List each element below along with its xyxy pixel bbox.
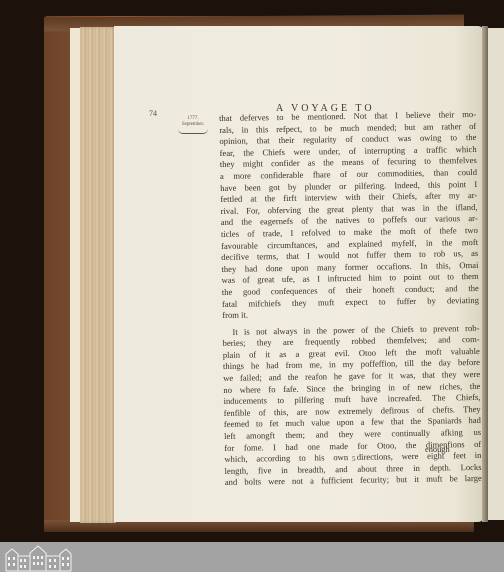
page-number: 74	[149, 109, 157, 118]
margin-note: 1777. September.	[176, 116, 210, 134]
brace-icon	[178, 129, 208, 134]
library-building-icon	[4, 544, 72, 572]
page-edges	[80, 27, 116, 523]
facing-page-edge	[488, 28, 504, 520]
catchword: enough	[425, 445, 450, 454]
footer-bar	[0, 542, 504, 572]
margin-note-month: September.	[176, 122, 210, 128]
signature-mark: 5	[352, 455, 356, 463]
scan-area: 74 A VOYAGE TO 1777. September. that def…	[0, 0, 504, 542]
body-text: that deferves to be mentioned. Not that …	[219, 109, 482, 489]
